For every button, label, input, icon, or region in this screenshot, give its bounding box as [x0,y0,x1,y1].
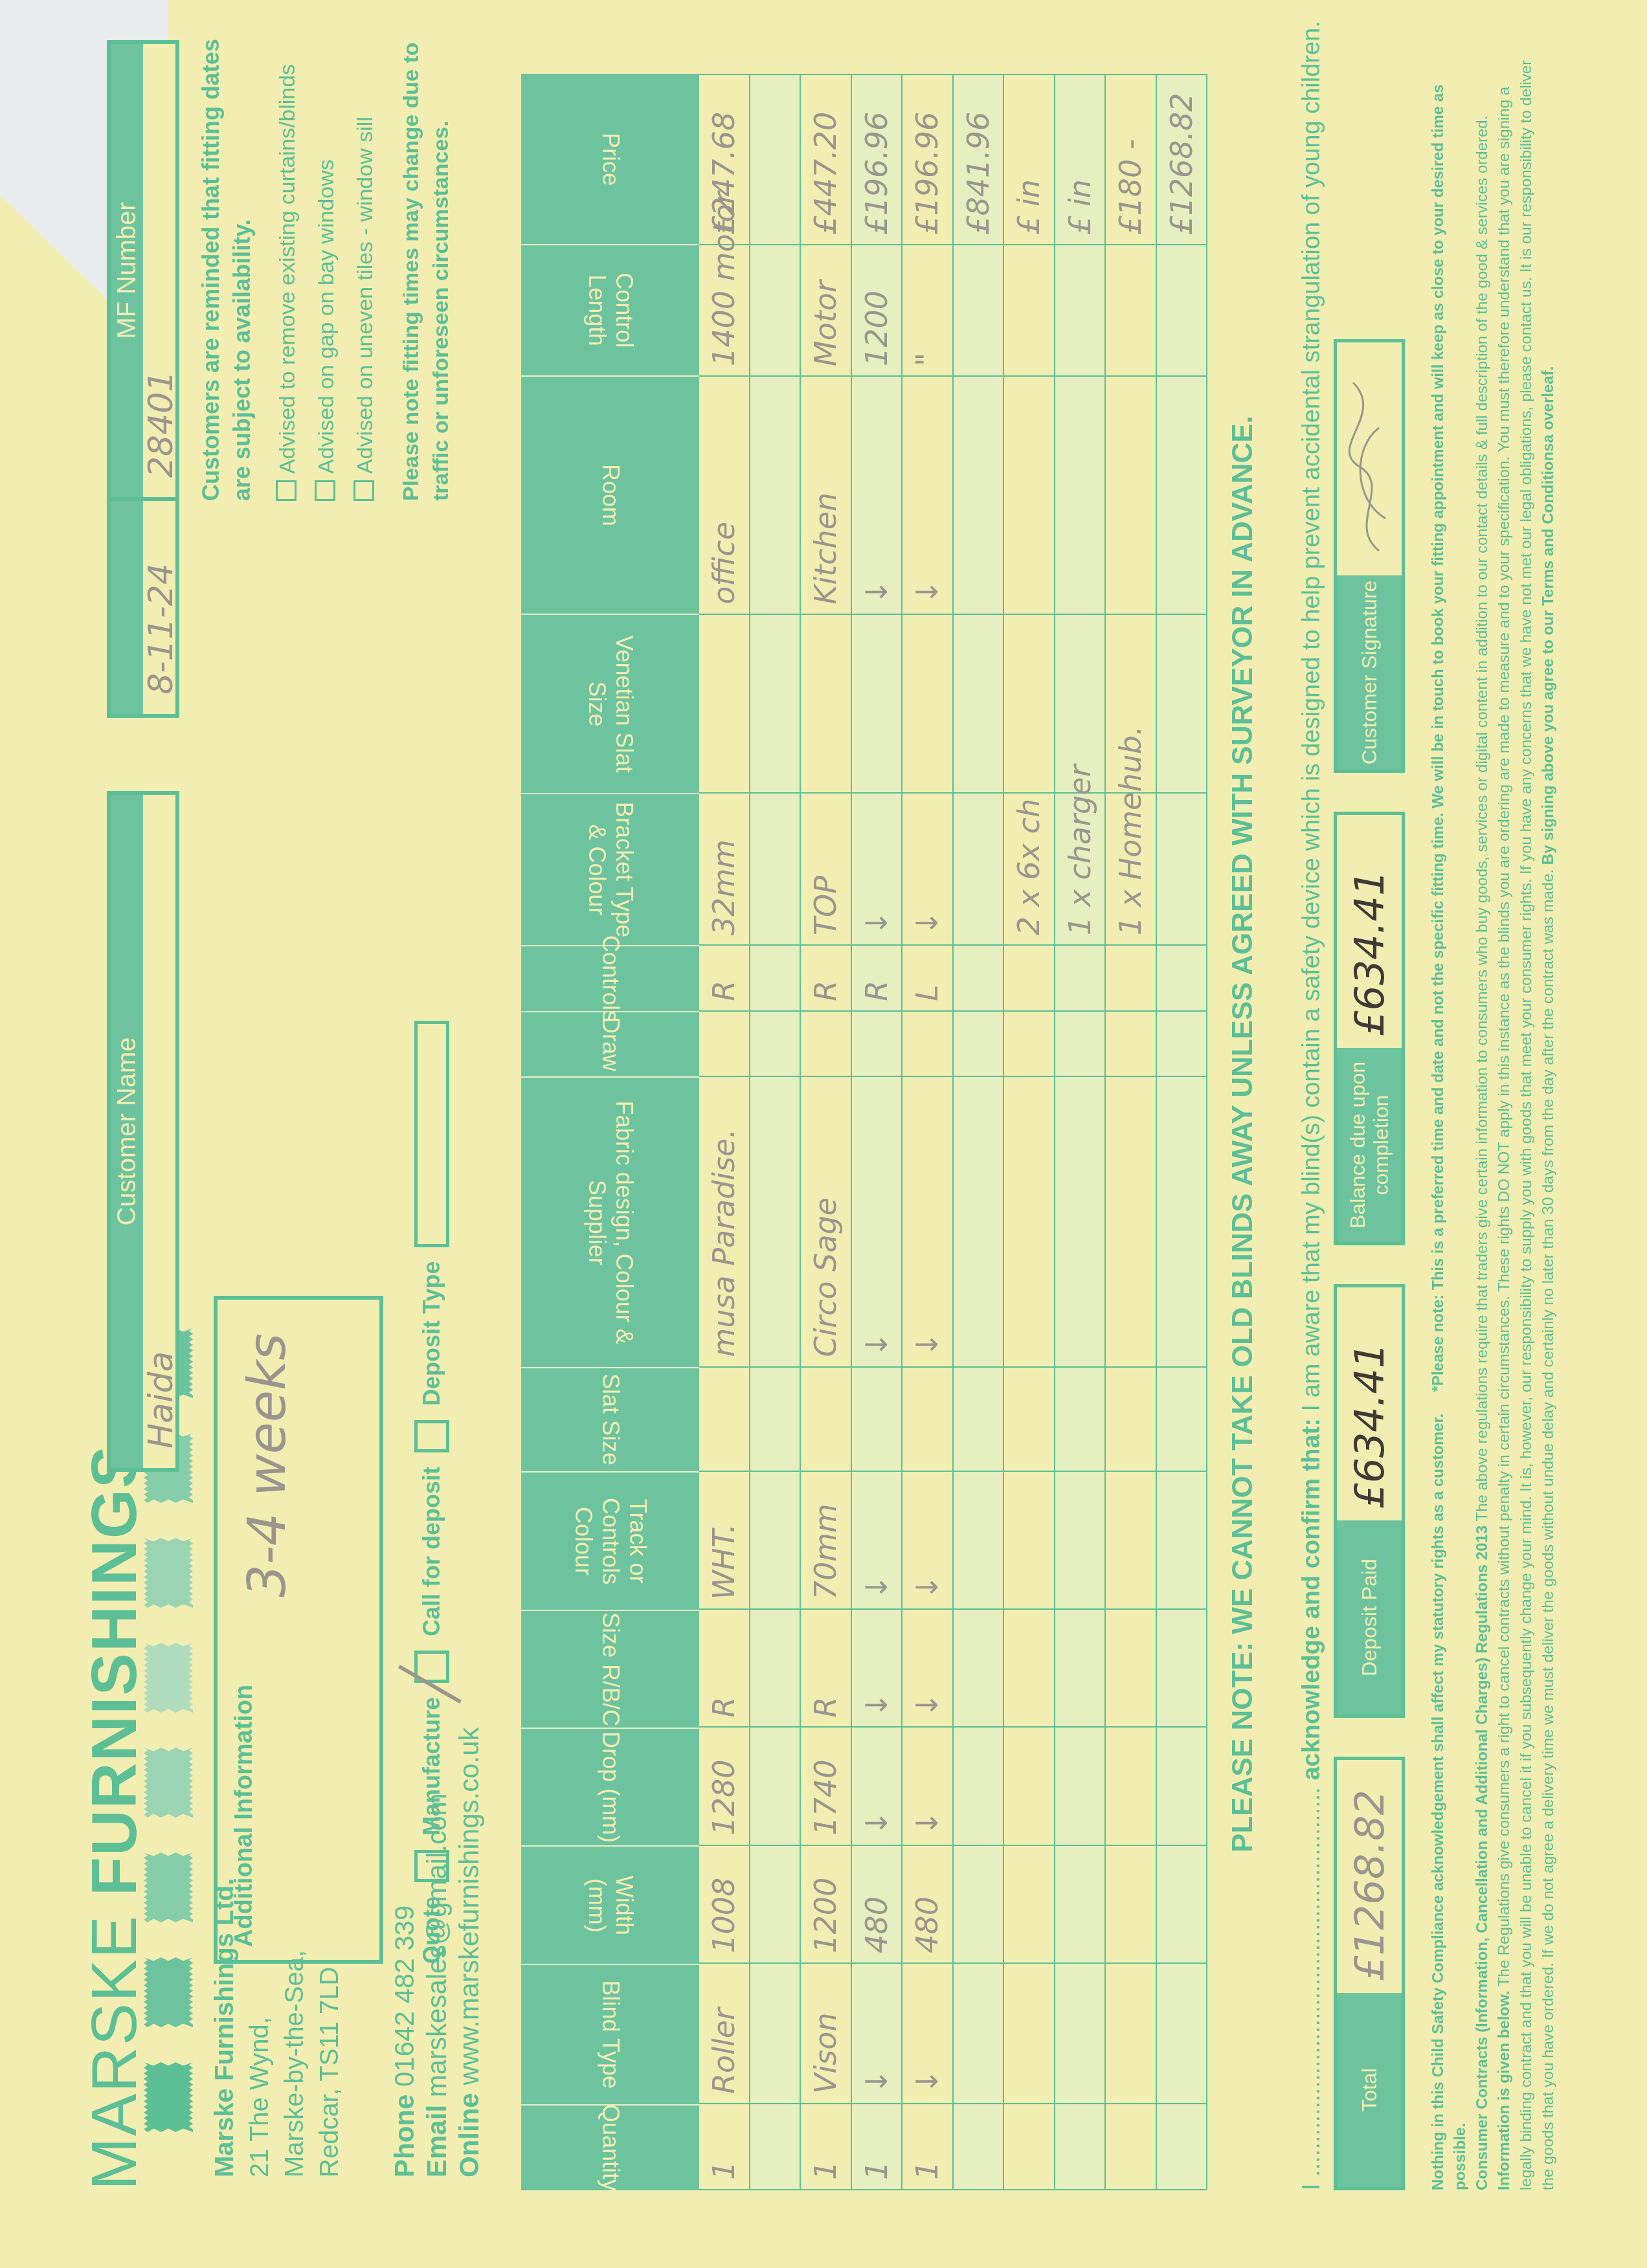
table-cell[interactable] [1106,1608,1156,1726]
fitting-time-note: Please note fitting times may change due… [396,35,456,501]
ack-name-line[interactable]: I ......................................… [1298,1781,1325,2190]
table-cell[interactable] [750,1608,800,1726]
total-value[interactable]: £1268.82 [1337,1760,1402,1993]
table-cell[interactable] [750,792,800,944]
legal-text: Nothing in this Child Safety Compliance … [1428,54,1560,2190]
balance-due-label: Balance due upon completion [1337,1048,1402,1242]
table-cell[interactable]: £196.96 [852,74,902,244]
table-cell[interactable]: R [801,1608,851,1726]
quote-label: Quote [418,1896,445,1964]
table-cell[interactable]: £841.96 [954,74,1003,244]
customer-name-field[interactable]: Customer Name Haida [107,791,179,1472]
deposit-type-field[interactable] [414,1021,449,1247]
table-cell[interactable] [1106,1962,1156,2103]
column-header: Quantity [521,2104,699,2190]
table-cell[interactable] [1106,244,1156,375]
totals-row: Total £1268.82 Deposit Paid £634.41 Bala… [1334,339,1405,2190]
advice-checkbox[interactable] [315,480,335,501]
signature-label: Customer Signature [1337,575,1402,770]
column-header: Controls [521,945,699,1011]
table-cell[interactable] [954,1608,1003,1726]
table-cell[interactable]: £247.68 [699,74,749,244]
table-cell[interactable]: ↓ [852,1608,902,1726]
table-cell[interactable] [699,1366,749,1471]
email-label: Email [421,2105,452,2177]
table-cell[interactable]: 1008 [699,1845,749,1962]
deposit-paid-field[interactable]: Deposit Paid £634.41 [1334,1284,1405,1718]
table-cell[interactable]: R [852,944,902,1010]
terms-link[interactable]: By signing above you agree to our Terms … [1540,366,1557,865]
table-cell[interactable] [1157,792,1207,944]
fabric-swatch-icon [144,1538,193,1608]
table-row: 1↓480↓↓↓↓L↓↓"£196.96 [902,74,954,2190]
table-cell[interactable]: £180 - [1106,74,1156,244]
table-cell[interactable] [750,244,800,375]
table-cell[interactable] [954,1366,1003,1471]
total-field[interactable]: Total £1268.82 [1334,1757,1405,2190]
table-cell[interactable]: 480 [902,1845,952,1962]
table-cell[interactable] [1055,944,1105,1010]
table-cell[interactable]: Roller [699,1962,749,2103]
table-cell[interactable] [1055,375,1105,614]
fabric-swatch-icon [144,1957,193,2027]
table-cell[interactable]: 2 x 6x ch [1004,792,1054,944]
table-cell[interactable] [954,1727,1003,1845]
table-cell[interactable]: ↓ [852,1076,902,1366]
mf-number-value[interactable]: 28401 [142,371,181,478]
table-cell[interactable] [954,792,1003,944]
table-cell[interactable] [1106,375,1156,614]
column-header: Track or Controls Colour [521,1471,699,1610]
table-cell[interactable] [750,614,800,793]
column-header-label: Room [597,464,624,526]
table-cell[interactable] [954,375,1003,614]
table-cell[interactable] [1157,944,1207,1010]
signature-icon [1340,370,1398,564]
column-header: Venetian Slat Size [521,614,699,793]
ack-bold: acknowledge and confirm that: [1298,1418,1325,1781]
fabric-swatch-icon [144,1748,193,1818]
fabric-swatch-icon [144,1643,193,1713]
mf-number-field[interactable]: MF Number 28401 [107,40,179,501]
ack-text: I am aware that my blind(s) contain a sa… [1298,21,1325,1418]
table-cell[interactable]: ↓ [902,1727,952,1845]
table-cell[interactable] [1157,1471,1207,1609]
table-cell[interactable] [699,614,749,793]
table-cell[interactable] [1004,1962,1054,2103]
total-label: Total [1337,1993,1402,2187]
table-cell[interactable] [750,1010,800,1076]
table-cell[interactable] [750,1962,800,2103]
table-cell[interactable] [1157,1962,1207,2103]
column-header-label: Drop (mm) [597,1731,624,1843]
column-header-label: Bracket Type & Colour [583,794,638,945]
table-cell[interactable]: 1400 motor [699,244,749,375]
table-cell[interactable]: 1200 [801,1845,851,1962]
table-cell[interactable] [1106,944,1156,1010]
table-cell[interactable] [954,1845,1003,1962]
table-cell[interactable] [1106,1727,1156,1845]
table-cell[interactable]: 1 x Homehub. [1106,792,1156,944]
customer-name-label: Customer Name [111,795,143,1468]
column-header-label: Size R/B/C [597,1612,624,1726]
table-cell[interactable] [1055,1608,1105,1726]
table-cell[interactable] [1055,1076,1105,1366]
table-cell[interactable]: L [902,944,952,1010]
column-header: Price [521,74,699,244]
deposit-paid-label: Deposit Paid [1337,1520,1402,1715]
table-cell[interactable] [1055,1727,1105,1845]
table-cell[interactable]: WHT. [699,1471,749,1609]
advice-option[interactable]: Advised to remove existing curtains/blin… [268,35,307,501]
table-cell[interactable] [750,1471,800,1609]
table-cell[interactable]: 1 [699,2103,749,2189]
table-row: £841.96 [954,74,1005,2190]
column-header-label: Draw [597,1017,624,1071]
table-cell[interactable] [954,244,1003,375]
table-cell[interactable] [750,1366,800,1471]
advice-checkbox[interactable] [276,480,297,501]
table-cell[interactable] [1055,244,1105,375]
table-cell[interactable] [1106,1366,1156,1471]
table-body: 1Roller10081280RWHT.musa Paradise.R32mmo… [699,74,1207,2190]
website-link[interactable]: www.marskefurnishings.co.uk [454,1727,484,2085]
order-items-table: QuantityBlind TypeWidth (mm)Drop (mm)Siz… [521,74,1207,2190]
column-header: Width (mm) [521,1845,699,1963]
column-header-label: Fabric design, Colour & Supplier [583,1078,638,1367]
table-cell[interactable]: R [699,1608,749,1726]
column-header-label: Track or Controls Colour [570,1473,651,1610]
table-cell[interactable]: 480 [852,1845,902,1962]
table-cell[interactable] [1004,1076,1054,1366]
table-cell[interactable] [954,1471,1003,1609]
table-cell[interactable]: £1268.82 [1157,74,1207,244]
table-cell[interactable]: office [699,375,749,614]
table-cell[interactable] [1157,2103,1207,2189]
table-cell[interactable] [1004,1366,1054,1471]
table-cell[interactable] [1157,1608,1207,1726]
table-cell[interactable] [1004,614,1054,793]
table-cell[interactable] [1055,1366,1105,1471]
table-cell[interactable]: £ in [1004,74,1054,244]
safety-acknowledgement: I ......................................… [1298,21,1326,2190]
table-cell[interactable] [750,944,800,1010]
table-cell[interactable]: 1 x charger [1055,792,1105,944]
manufacture-label: Manufacture [418,1697,445,1836]
table-cell[interactable] [1055,2103,1105,2189]
logo-light-text: MARSKE [78,1896,150,2190]
online-label: Online [454,2093,484,2177]
table-cell[interactable] [1157,614,1207,793]
deposit-paid-value[interactable]: £634.41 [1337,1287,1402,1520]
table-cell[interactable] [1106,2103,1156,2189]
column-header: Slat Size [521,1367,699,1471]
table-cell[interactable] [1004,1608,1054,1726]
table-cell[interactable] [1157,244,1207,375]
manufacture-checkbox[interactable] [414,1651,449,1683]
table-cell[interactable]: Vison [801,1962,851,2103]
call-for-deposit-checkbox[interactable] [414,1420,449,1452]
table-row: 1 x Homehub.£180 - [1106,74,1157,2190]
advice-option-label: Advised to remove existing curtains/blin… [275,64,300,474]
column-header-label: Slat Size [597,1373,624,1465]
customer-name-value[interactable]: Haida [142,1351,181,1449]
balance-due-field[interactable]: Balance due upon completion £634.41 [1334,812,1405,1245]
table-cell[interactable] [1055,614,1105,793]
table-cell[interactable] [954,944,1003,1010]
table-cell[interactable] [1055,1010,1105,1076]
table-cell[interactable]: ↓ [902,1962,952,2103]
column-header-label: Price [597,133,624,186]
old-blinds-notice: PLEASE NOTE: WE CANNOT TAKE OLD BLINDS A… [1227,0,1259,2268]
table-cell[interactable] [1106,1076,1156,1366]
table-cell[interactable]: £ in [1055,74,1105,244]
regs-body-1: The above regulations require that trade… [1473,116,1491,1526]
table-cell[interactable]: £196.96 [902,74,952,244]
column-header: Room [521,375,699,614]
table-cell[interactable]: ↓ [852,1962,902,2103]
signature-scribble[interactable] [1337,342,1402,575]
additional-info-label: Additional Information [230,1685,258,1947]
table-cell[interactable]: ↓ [852,1471,902,1609]
table-cell[interactable] [750,1076,800,1366]
table-cell[interactable] [852,1366,902,1471]
table-row [750,74,801,2190]
table-cell[interactable] [699,1010,749,1076]
table-cell[interactable] [750,2103,800,2189]
table-cell[interactable]: £447.20 [801,74,851,244]
column-header: Drop (mm) [521,1728,699,1845]
table-cell[interactable] [1055,1471,1105,1609]
table-cell[interactable]: ↓ [852,375,902,614]
company-logo: MARSKE FURNISHINGS [78,1445,151,2190]
table-cell[interactable]: 1280 [699,1727,749,1845]
advice-checkbox[interactable] [353,480,374,501]
table-cell[interactable]: 1 [852,2103,902,2189]
table-cell[interactable]: ↓ [902,1471,952,1609]
column-header: Blind Type [521,1964,699,2104]
phone-label: Phone [389,2095,420,2177]
table-cell[interactable]: 1200 [852,244,902,375]
table-cell[interactable] [1004,244,1054,375]
table-cell[interactable] [852,614,902,793]
table-cell[interactable]: ↓ [902,792,952,944]
table-cell[interactable] [801,1366,851,1471]
advice-option[interactable]: Advised on gap on bay windows [307,35,346,501]
table-cell[interactable] [801,614,851,793]
call-for-deposit-label: Call for deposit [418,1467,445,1636]
table-cell[interactable] [1004,1471,1054,1609]
table-cell[interactable] [1157,1366,1207,1471]
table-cell[interactable]: Circo Sage [801,1076,851,1366]
table-cell[interactable] [954,1076,1003,1366]
table-cell[interactable] [750,375,800,614]
mf-number-label: MF Number [111,44,143,497]
order-options: Quote Manufacture Call for deposit Depos… [414,1021,449,1964]
table-cell[interactable]: R [801,944,851,1010]
table-cell[interactable] [954,2103,1003,2189]
table-cell[interactable] [1106,1010,1156,1076]
customer-signature-field[interactable]: Customer Signature [1334,339,1405,773]
column-header: Bracket Type & Colour [521,793,699,945]
table-cell[interactable]: R [699,944,749,1010]
table-cell[interactable]: ↓ [902,375,952,614]
table-cell[interactable] [1106,614,1156,793]
table-row: 1Vison12001740R70mmCirco SageRTOPKitchen… [801,74,852,2190]
quote-checkbox[interactable] [414,1850,449,1882]
table-cell[interactable] [954,1010,1003,1076]
statutory-rights-note: Nothing in this Child Safety Compliance … [1429,1414,1447,2190]
table-cell[interactable] [852,1010,902,1076]
table-cell[interactable] [902,1010,952,1076]
table-row: 2 x 6x ch£ in [1004,74,1055,2190]
table-cell[interactable] [1157,1845,1207,1962]
logo-bold-text: FURNISHINGS [78,1445,150,1896]
table-cell[interactable] [801,1010,851,1076]
table-cell[interactable] [1004,944,1054,1010]
table-cell[interactable]: ↓ [902,1608,952,1726]
order-date-value[interactable]: 8-11-24 [142,563,181,695]
table-cell[interactable] [1106,1845,1156,1962]
column-header-label: Control Length [583,245,638,375]
regs-title: Consumer Contracts (Information, Cancell… [1473,1526,1491,2190]
table-row: 1Roller10081280RWHT.musa Paradise.R32mmo… [699,74,750,2190]
balance-due-value[interactable]: £634.41 [1337,815,1402,1048]
advice-option-label: Advised on gap on bay windows [314,159,339,474]
table-row: £1268.82 [1157,74,1208,2190]
table-cell[interactable] [1004,1727,1054,1845]
order-form-page: MARSKE FURNISHINGS Marske Furnishings Lt… [0,0,1647,2268]
availability-reminder: Customers are reminded that fitting date… [196,35,258,501]
table-cell[interactable]: 32mm [699,792,749,944]
table-cell[interactable] [1055,1962,1105,2103]
table-cell[interactable]: 70mm [801,1471,851,1609]
table-cell[interactable] [902,1366,952,1471]
table-cell[interactable] [1157,1076,1207,1366]
table-cell[interactable] [902,614,952,793]
table-cell[interactable]: Kitchen [801,375,851,614]
table-cell[interactable] [750,74,800,244]
table-cell[interactable]: 1 [801,2103,851,2189]
fitting-notes: MF Number 28401 Customers are reminded t… [214,35,456,501]
fabric-swatch-icon [144,1852,193,1922]
column-header-label: Width (mm) [583,1847,638,1963]
additional-info-value[interactable]: 3-4 weeks [237,1333,297,1597]
table-header: QuantityBlind TypeWidth (mm)Drop (mm)Siz… [521,74,699,2190]
table-cell[interactable] [1004,375,1054,614]
column-header-label: Quantity [597,2104,624,2191]
table-cell[interactable] [1106,1471,1156,1609]
table-cell[interactable]: musa Paradise. [699,1076,749,1366]
table-cell[interactable] [1004,1845,1054,1962]
table-cell[interactable]: ↓ [902,1076,952,1366]
table-cell[interactable]: TOP [801,792,851,944]
table-cell[interactable]: " [902,244,952,375]
table-cell[interactable] [1055,1845,1105,1962]
additional-info-box[interactable]: Additional Information 3-4 weeks [214,1296,383,1964]
table-cell[interactable]: Motor [801,244,851,375]
regs-info-bold: Information is given below. [1496,1991,1513,2190]
table-row: 1 x charger£ in [1055,74,1106,2190]
column-header: Fabric design, Colour & Supplier [521,1076,699,1367]
table-cell[interactable] [1157,1010,1207,1076]
table-cell[interactable]: 1 [902,2103,952,2189]
column-header-label: Blind Type [597,1980,624,2088]
table-cell[interactable] [750,1845,800,1962]
deposit-type-label: Deposit Type [418,1262,445,1406]
fabric-swatch-icon [144,2062,193,2132]
advice-options: Advised to remove existing curtains/blin… [268,35,385,501]
table-row: 1↓480↓↓↓↓R↓↓1200£196.96 [852,74,903,2190]
table-cell[interactable] [954,1962,1003,2103]
column-header-label: Controls [597,935,624,1022]
column-header-label: Venetian Slat Size [583,615,638,793]
table-cell[interactable] [1157,1727,1207,1845]
column-header: Size R/B/C [521,1610,699,1728]
advice-option-label: Advised on uneven tiles - window sill [353,117,377,474]
table-cell[interactable] [954,614,1003,793]
table-cell[interactable] [1004,2103,1054,2189]
table-cell[interactable] [750,1727,800,1845]
table-cell[interactable] [1157,375,1207,614]
table-cell[interactable]: 1740 [801,1727,851,1845]
table-cell[interactable]: ↓ [852,792,902,944]
table-cell[interactable]: ↓ [852,1727,902,1845]
advice-option[interactable]: Advised on uneven tiles - window sill [346,35,385,501]
column-header: Control Length [521,244,699,375]
table-cell[interactable] [1004,1010,1054,1076]
